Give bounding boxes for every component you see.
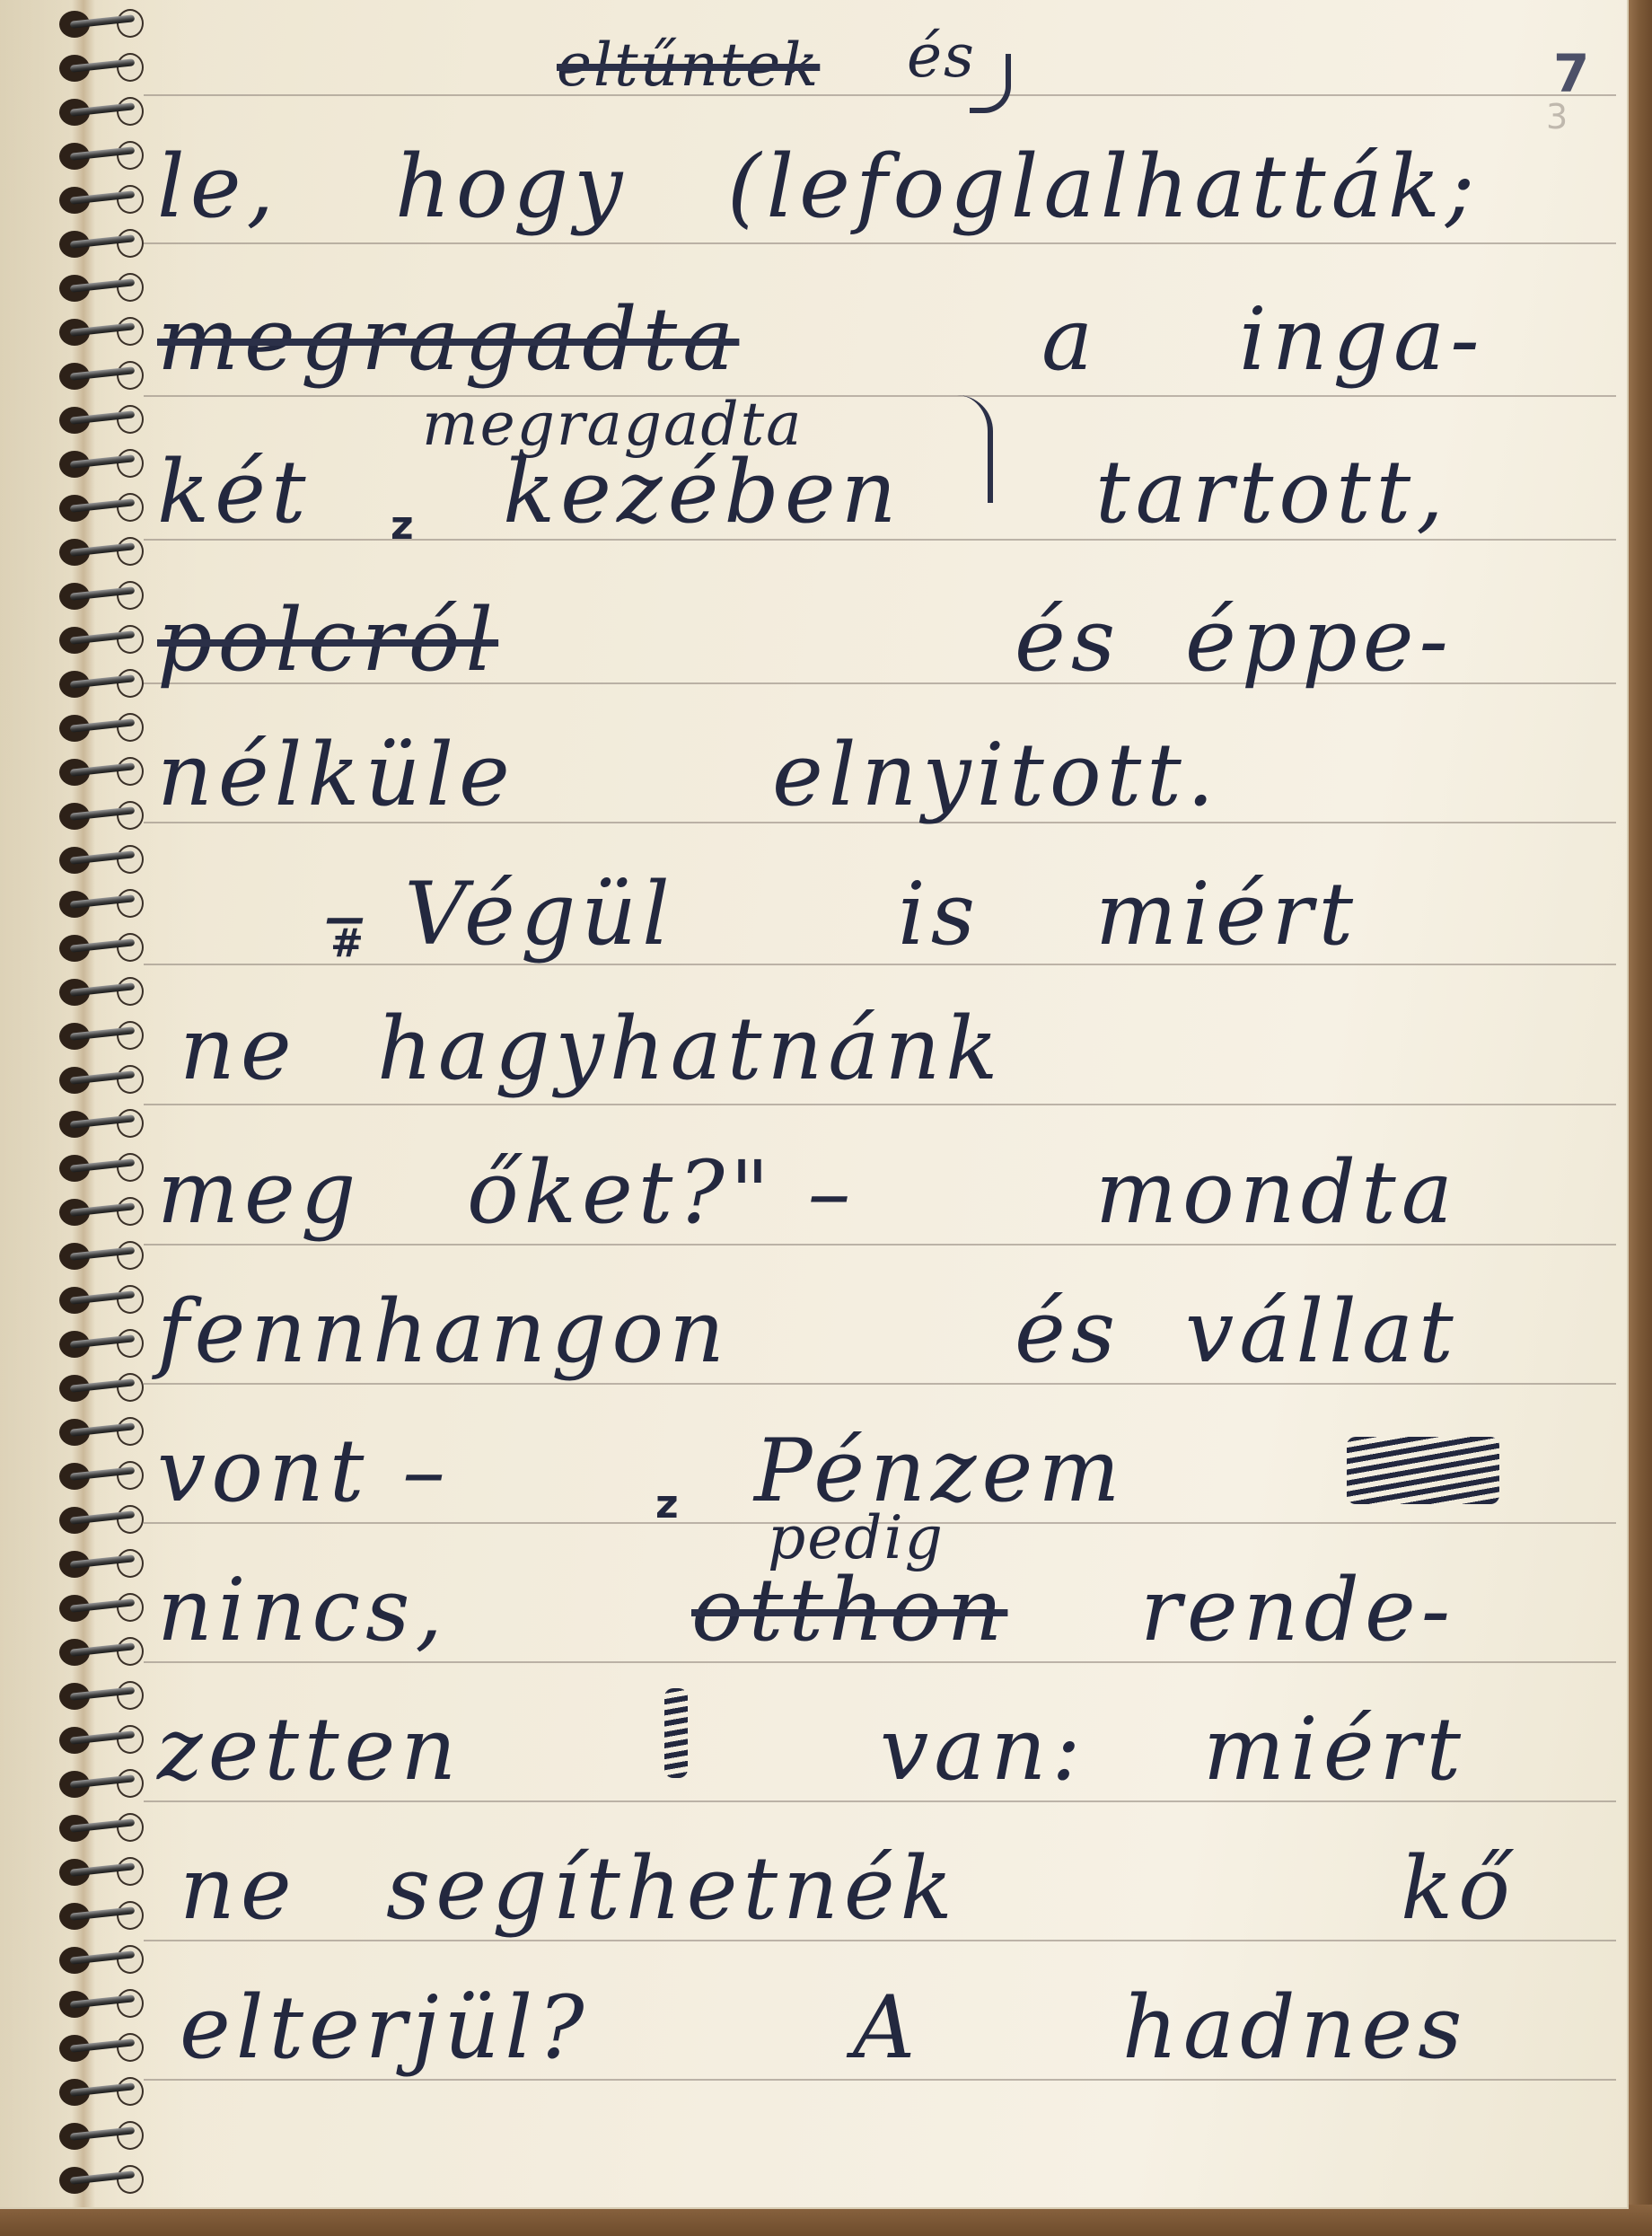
handwritten-word: vállat	[1185, 1289, 1459, 1375]
handwritten-word: hadnes	[1122, 1985, 1467, 2071]
binding-hole	[117, 889, 144, 918]
spiral-loop	[54, 933, 144, 964]
binding-hole	[117, 1065, 144, 1094]
binding-hole	[117, 1989, 144, 2018]
handwritten-word: mondta	[1095, 1149, 1458, 1236]
spiral-loop	[54, 97, 144, 128]
ruled-line	[144, 94, 1616, 96]
handwritten-word: kezében	[503, 449, 901, 535]
wooden-table-edge	[1627, 0, 1652, 2236]
binding-hole	[117, 757, 144, 786]
spiral-loop	[54, 845, 144, 876]
spiral-loop	[54, 1505, 144, 1536]
binding-hole	[117, 625, 144, 654]
ruled-line	[144, 1104, 1616, 1105]
binding-hole	[117, 317, 144, 346]
spiral-loop	[54, 1725, 144, 1756]
handwritten-word: A	[853, 1985, 920, 2071]
binding-hole	[117, 713, 144, 742]
handwritten-word: a	[1041, 296, 1098, 383]
spiral-loop	[54, 669, 144, 700]
spiral-loop	[54, 1549, 144, 1580]
spiral-loop	[54, 1329, 144, 1360]
spiral-loop	[54, 1593, 144, 1624]
spiral-loop	[54, 185, 144, 216]
spiral-loop	[54, 229, 144, 260]
spiral-loop	[54, 2165, 144, 2196]
binding-hole	[117, 9, 144, 38]
spiral-loop	[54, 757, 144, 788]
binding-hole	[117, 97, 144, 126]
spiral-loop	[54, 801, 144, 832]
handwritten-word: és	[1015, 1289, 1120, 1375]
handwritten-word: miért	[1095, 871, 1358, 957]
spiral-binding	[47, 0, 145, 2207]
binding-hole	[117, 2033, 144, 2062]
binding-hole	[117, 1769, 144, 1798]
binding-hole	[117, 361, 144, 390]
handwritten-word: hagyhatnánk	[377, 1006, 1003, 1092]
spiral-loop	[54, 1461, 144, 1492]
binding-hole	[117, 1593, 144, 1622]
spiral-loop	[54, 1945, 144, 1976]
binding-hole	[117, 449, 144, 478]
binding-hole	[117, 2121, 144, 2150]
handwritten-word: fennhangon	[157, 1289, 730, 1375]
spiral-loop	[54, 1285, 144, 1316]
ruled-line	[144, 1661, 1616, 1663]
spiral-loop	[54, 53, 144, 84]
binding-hole	[117, 405, 144, 434]
scribbled-out-word	[1347, 1437, 1499, 1504]
insertion-bracket	[970, 54, 1011, 113]
spiral-loop	[54, 317, 144, 348]
handwritten-word: ne	[180, 1006, 297, 1092]
ruled-line	[144, 242, 1616, 244]
binding-hole	[117, 1285, 144, 1314]
handwritten-word: miért	[1203, 1706, 1466, 1792]
handwritten-word: nélküle	[157, 732, 515, 818]
handwritten-word: őket?" –	[467, 1149, 857, 1236]
handwritten-word: is	[898, 871, 980, 957]
binding-hole	[117, 273, 144, 302]
spiral-loop	[54, 1153, 144, 1184]
binding-hole	[117, 1637, 144, 1666]
spiral-loop	[54, 493, 144, 524]
binding-hole	[117, 1681, 144, 1710]
handwritten-word: hogy	[395, 144, 628, 230]
handwritten-word: – Végül	[323, 871, 675, 957]
binding-hole	[117, 229, 144, 258]
spiral-loop	[54, 9, 144, 40]
handwritten-word: elterjül?	[180, 1985, 590, 2071]
binding-hole	[117, 1857, 144, 1886]
binding-hole	[117, 1505, 144, 1534]
spiral-loop	[54, 1241, 144, 1272]
wooden-table-bottom	[0, 2205, 1652, 2236]
handwritten-word: (lefoglalhatták;	[727, 144, 1480, 230]
binding-hole	[117, 1153, 144, 1182]
binding-hole	[117, 845, 144, 874]
spiral-loop	[54, 1813, 144, 1844]
spiral-loop	[54, 2033, 144, 2064]
handwritten-word: tartott,	[1095, 449, 1449, 535]
handwritten-word: vont –	[157, 1428, 451, 1514]
struck-word: megragadta	[157, 296, 739, 383]
struck-word: otthon	[691, 1567, 1007, 1653]
spiral-loop	[54, 1681, 144, 1712]
spiral-loop	[54, 1109, 144, 1140]
ruled-line	[144, 2079, 1616, 2081]
handwritten-word: nincs,	[157, 1567, 448, 1653]
binding-hole	[117, 1725, 144, 1754]
binding-hole	[117, 1901, 144, 1930]
binding-hole	[117, 537, 144, 566]
page-number-faint: 3	[1546, 97, 1568, 136]
handwritten-word: és	[1015, 597, 1120, 683]
binding-hole	[117, 933, 144, 962]
binding-hole	[117, 141, 144, 170]
page-number: 7	[1553, 43, 1589, 104]
binding-hole	[117, 669, 144, 698]
binding-hole	[117, 1021, 144, 1050]
handwritten-word: inga-	[1239, 296, 1485, 383]
binding-hole	[117, 493, 144, 522]
spiral-loop	[54, 1197, 144, 1228]
spiral-loop	[54, 449, 144, 480]
binding-hole	[117, 1109, 144, 1138]
insert-mark: z	[655, 1482, 679, 1527]
ruled-line	[144, 1800, 1616, 1802]
spiral-loop	[54, 2121, 144, 2152]
handwritten-word: elnyitott.	[772, 732, 1219, 818]
spiral-loop	[54, 625, 144, 656]
spiral-loop	[54, 1901, 144, 1932]
handwritten-word: kő	[1401, 1845, 1516, 1932]
spiral-loop	[54, 1021, 144, 1052]
spiral-loop	[54, 141, 144, 172]
handwritten-word: zetten	[157, 1706, 461, 1792]
binding-hole	[117, 1945, 144, 1974]
binding-hole	[117, 1461, 144, 1490]
handwritten-word: és	[907, 27, 976, 86]
struck-word: polcról	[157, 597, 498, 683]
spiral-loop	[54, 1373, 144, 1404]
spiral-loop	[54, 1989, 144, 2020]
ruled-line	[144, 1383, 1616, 1385]
spiral-loop	[54, 1857, 144, 1888]
spiral-loop	[54, 1769, 144, 1800]
spiral-loop	[54, 361, 144, 392]
scribbled-out-mark	[664, 1688, 688, 1778]
handwritten-word: le,	[157, 144, 279, 230]
handwritten-word: meg	[157, 1149, 361, 1236]
binding-hole	[117, 53, 144, 82]
binding-hole	[117, 2077, 144, 2106]
binding-hole	[117, 1549, 144, 1578]
binding-hole	[117, 801, 144, 830]
spiral-loop	[54, 581, 144, 612]
ruled-line	[144, 1244, 1616, 1246]
handwritten-word: rende-	[1140, 1567, 1455, 1653]
handwritten-word: két	[157, 449, 312, 535]
spiral-loop	[54, 1637, 144, 1668]
binding-hole	[117, 2165, 144, 2194]
handwritten-word: éppe-	[1185, 597, 1454, 683]
binding-hole	[117, 1813, 144, 1842]
spiral-loop	[54, 2077, 144, 2108]
spiral-loop	[54, 713, 144, 744]
spiral-loop	[54, 1417, 144, 1448]
spiral-loop	[54, 1065, 144, 1096]
binding-hole	[117, 1417, 144, 1446]
spiral-loop	[54, 405, 144, 436]
binding-hole	[117, 977, 144, 1006]
notebook-page: 7 3 eltűntek és le, hogy (lefoglalhatták…	[0, 0, 1629, 2209]
ruled-line	[144, 1940, 1616, 1941]
binding-hole	[117, 1197, 144, 1226]
spiral-loop	[54, 537, 144, 568]
handwritten-word: segíthetnék	[386, 1845, 958, 1932]
spiral-loop	[54, 273, 144, 304]
handwritten-word: Pénzem	[754, 1428, 1125, 1514]
struck-word: eltűntek	[557, 36, 820, 95]
spiral-loop	[54, 889, 144, 920]
binding-hole	[117, 1373, 144, 1402]
handwritten-word: van:	[880, 1706, 1086, 1792]
spiral-loop	[54, 977, 144, 1008]
binding-hole	[117, 1329, 144, 1358]
handwritten-word: ne	[180, 1845, 297, 1932]
binding-hole	[117, 581, 144, 610]
binding-hole	[117, 1241, 144, 1270]
binding-hole	[117, 185, 144, 214]
insert-mark: z	[391, 503, 414, 549]
